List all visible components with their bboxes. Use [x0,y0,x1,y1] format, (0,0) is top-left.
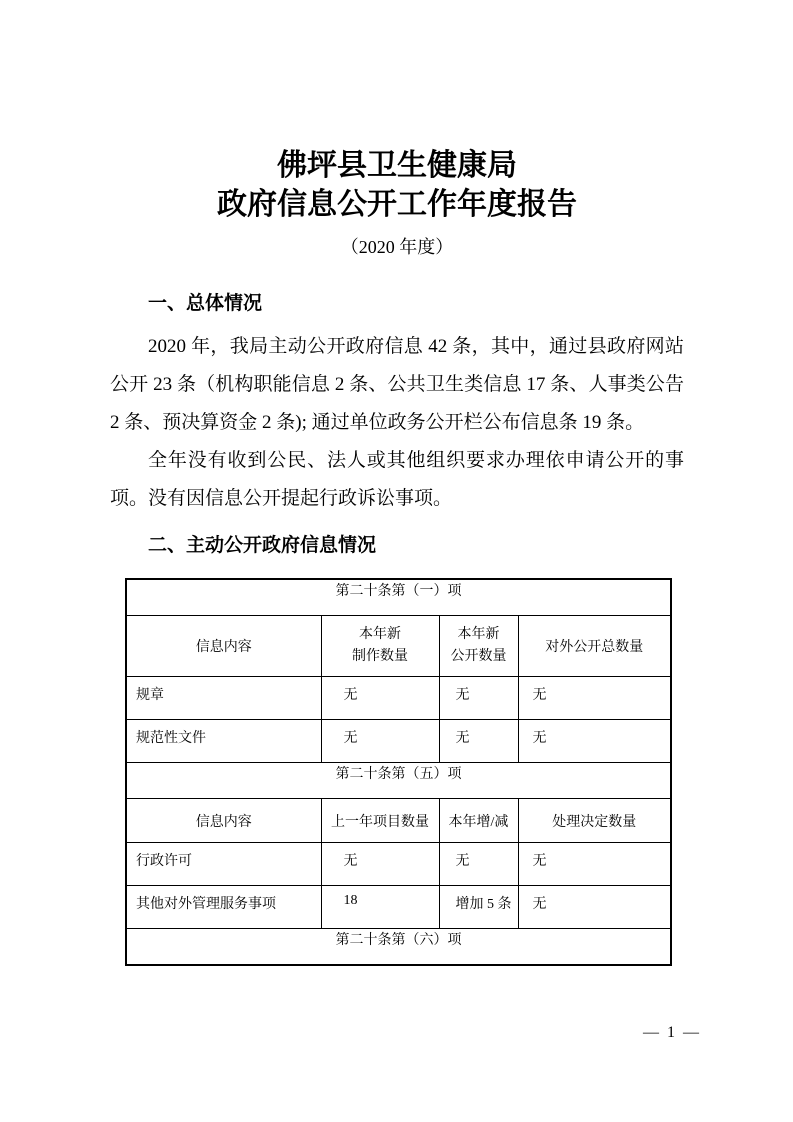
cell-label: 规范性文件 [126,720,321,763]
page-number: — 1 — [643,1024,701,1042]
cell-value: 无 [439,720,518,763]
title-line-2: 政府信息公开工作年度报告 [110,185,684,224]
report-page: 佛坪县卫生健康局 政府信息公开工作年度报告 （2020 年度） 一、总体情况 2… [0,0,793,1122]
cell-value: 无 [518,720,671,763]
cell-value: 无 [518,886,671,929]
column-header-info-content: 信息内容 [126,616,321,677]
cell-value: 无 [321,720,439,763]
table-header-row: 信息内容 上一年项目数量 本年增/减 处理决定数量 [126,799,671,843]
column-header-new-published: 本年新 公开数量 [439,616,518,677]
table-row-rules: 规章 无 无 无 [126,677,671,720]
cell-value: 无 [439,843,518,886]
document-title: 佛坪县卫生健康局 政府信息公开工作年度报告 [110,146,684,224]
table-caption-row: 第二十条第（五）项 [126,763,671,799]
table-caption-row: 第二十条第（六）项 [126,929,671,966]
column-header-decisions: 处理决定数量 [518,799,671,843]
paragraph-overview-1: 2020 年，我局主动公开政府信息 42 条，其中，通过县政府网站公开 23 条… [110,328,684,442]
column-header-info-content: 信息内容 [126,799,321,843]
column-header-new-produced: 本年新 制作数量 [321,616,439,677]
cell-value: 18 [321,886,439,929]
cell-value: 无 [321,843,439,886]
cell-label: 行政许可 [126,843,321,886]
cell-value: 无 [518,843,671,886]
table-row-normative-docs: 规范性文件 无 无 无 [126,720,671,763]
cell-label: 规章 [126,677,321,720]
table-caption-part2: 第二十条第（五）项 [126,763,671,799]
table-header-row: 信息内容 本年新 制作数量 本年新 公开数量 对外公开总数量 [126,616,671,677]
paragraph-overview-2: 全年没有收到公民、法人或其他组织要求办理依申请公开的事项。没有因信息公开提起行政… [110,442,684,518]
cell-value: 无 [321,677,439,720]
cell-label: 其他对外管理服务事项 [126,886,321,929]
section-heading-2: 二、主动公开政府信息情况 [110,534,684,558]
cell-value: 无 [439,677,518,720]
table-row-other-services: 其他对外管理服务事项 18 增加 5 条 无 [126,886,671,929]
info-disclosure-table: 第二十条第（一）项 信息内容 本年新 制作数量 本年新 公开数量 对外公开总数量… [125,578,672,966]
column-header-change: 本年增/减 [439,799,518,843]
table-caption-row: 第二十条第（一）项 [126,579,671,616]
page-content: 佛坪县卫生健康局 政府信息公开工作年度报告 （2020 年度） 一、总体情况 2… [110,0,684,966]
cell-value: 增加 5 条 [439,886,518,929]
table-row-admin-permits: 行政许可 无 无 无 [126,843,671,886]
document-subtitle: （2020 年度） [110,236,684,258]
column-header-last-year-count: 上一年项目数量 [321,799,439,843]
title-line-1: 佛坪县卫生健康局 [110,146,684,185]
table-caption-part1: 第二十条第（一）项 [126,579,671,616]
section-heading-1: 一、总体情况 [110,292,684,316]
table-caption-part3: 第二十条第（六）项 [126,929,671,966]
column-header-total-public: 对外公开总数量 [518,616,671,677]
cell-value: 无 [518,677,671,720]
